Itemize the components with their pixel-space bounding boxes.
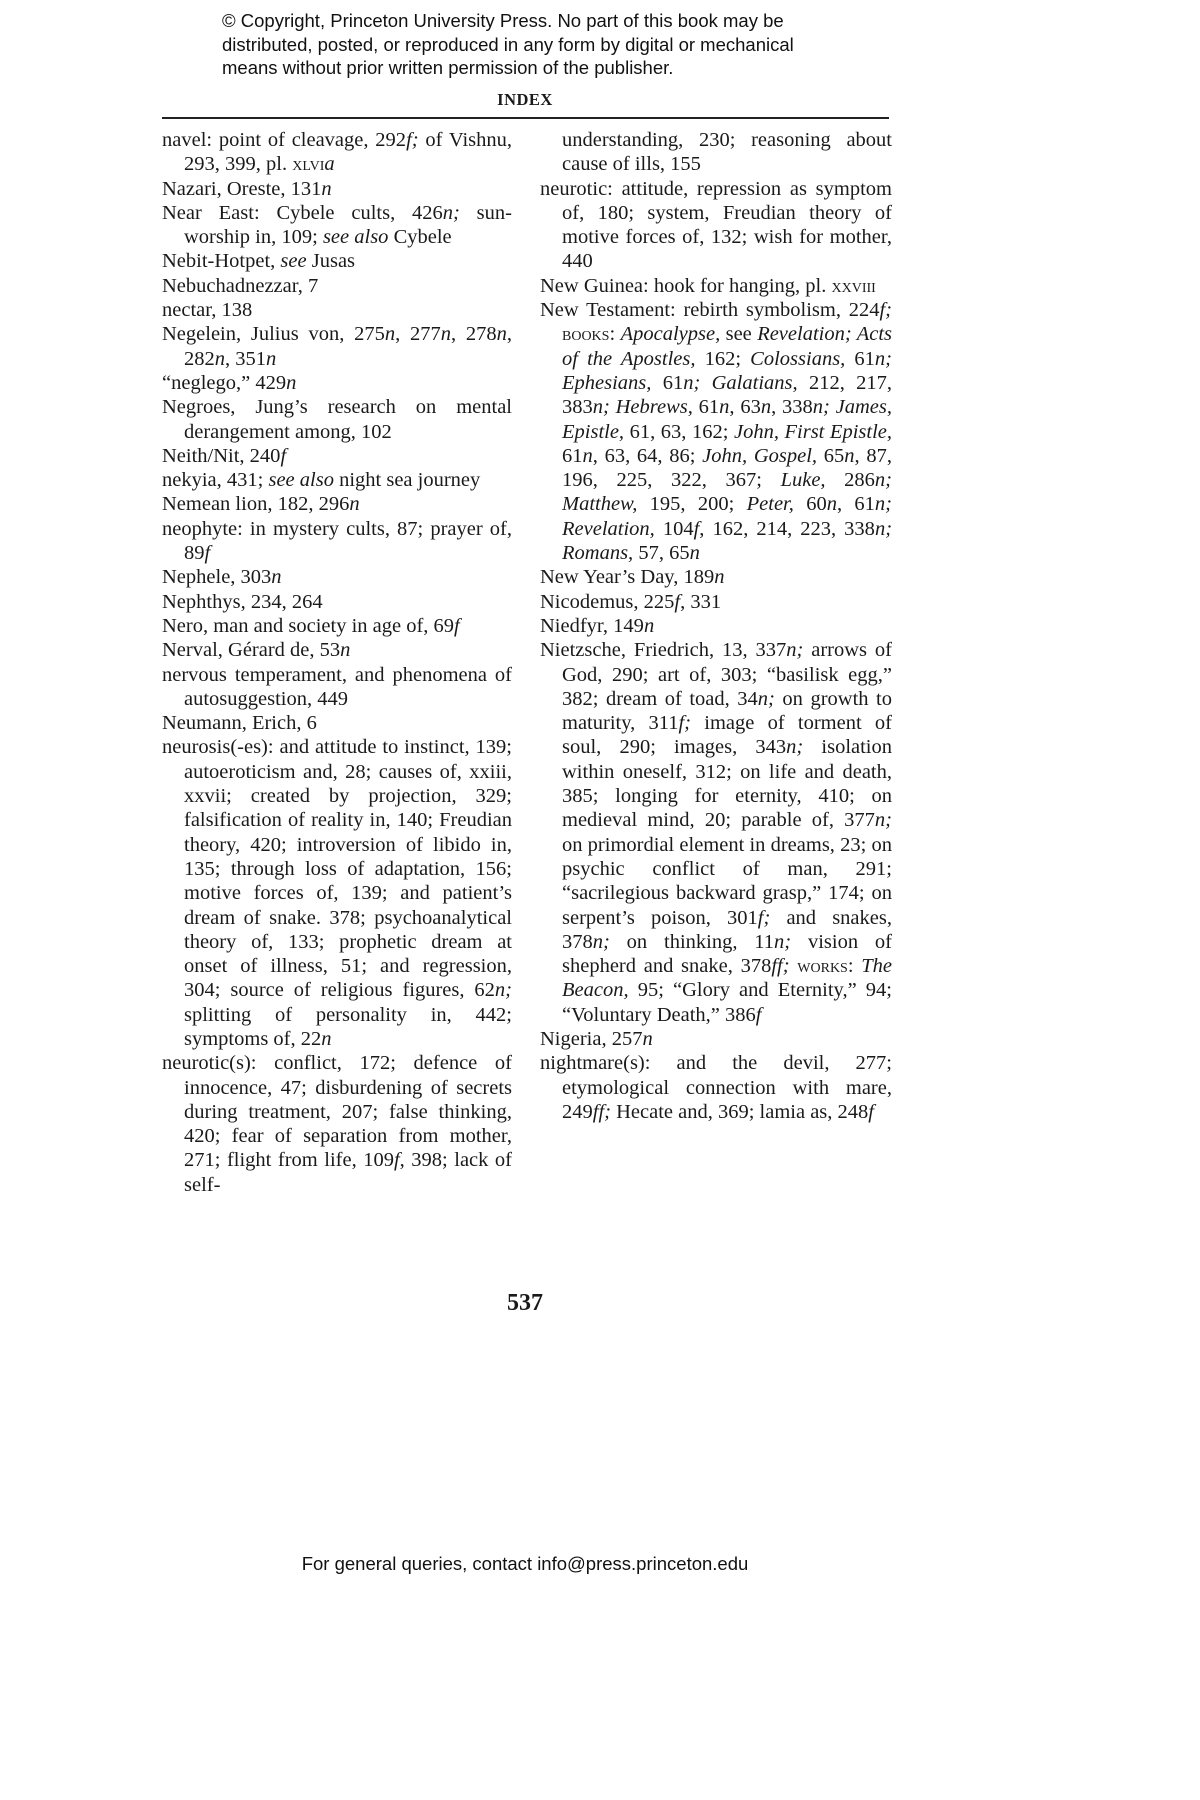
- index-entry: navel: point of cleavage, 292f; of Vishn…: [162, 128, 512, 177]
- index-entry: nightmare(s): and the devil, 277; etymol…: [540, 1051, 892, 1124]
- index-entry: Nero, man and society in age of, 69f: [162, 614, 512, 638]
- index-entry: “neglego,” 429n: [162, 371, 512, 395]
- index-column-right: understanding, 230; reasoning about caus…: [540, 128, 892, 1124]
- index-entry: nekyia, 431; see also night sea journey: [162, 468, 512, 492]
- header-rule: [162, 117, 889, 119]
- index-entry: Nemean lion, 182, 296n: [162, 492, 512, 516]
- index-entry: Nerval, Gérard de, 53n: [162, 638, 512, 662]
- index-entry: understanding, 230; reasoning about caus…: [540, 128, 892, 177]
- copyright-line: © Copyright, Princeton University Press.…: [222, 9, 862, 33]
- index-entry: Nephele, 303n: [162, 565, 512, 589]
- index-entry: Neith/Nit, 240f: [162, 444, 512, 468]
- index-entry: New Guinea: hook for hanging, pl. xxviii: [540, 274, 892, 298]
- index-entry: New Testament: rebirth symbolism, 224f; …: [540, 298, 892, 565]
- index-entry: Nebit-Hotpet, see Jusas: [162, 249, 512, 273]
- index-entry: Nigeria, 257n: [540, 1027, 892, 1051]
- copyright-notice: © Copyright, Princeton University Press.…: [222, 9, 862, 80]
- index-entry: nervous temperament, and phenomena of au…: [162, 663, 512, 712]
- index-entry: Nephthys, 234, 264: [162, 590, 512, 614]
- index-entry: New Year’s Day, 189n: [540, 565, 892, 589]
- index-entry: Negroes, Jung’s research on mental deran…: [162, 395, 512, 444]
- contact-footer: For general queries, contact info@press.…: [0, 1553, 1050, 1575]
- index-entry: Nicodemus, 225f, 331: [540, 590, 892, 614]
- index-entry: nectar, 138: [162, 298, 512, 322]
- index-entry: Nietzsche, Friedrich, 13, 337n; arrows o…: [540, 638, 892, 1027]
- index-entry: Neumann, Erich, 6: [162, 711, 512, 735]
- index-entry: neophyte: in mystery cults, 87; prayer o…: [162, 517, 512, 566]
- copyright-line: distributed, posted, or reproduced in an…: [222, 33, 862, 57]
- index-entry: neurosis(-es): and attitude to instinct,…: [162, 735, 512, 1051]
- index-entry: Niedfyr, 149n: [540, 614, 892, 638]
- index-entry: Nazari, Oreste, 131n: [162, 177, 512, 201]
- index-entry: neurotic(s): conflict, 172; defence of i…: [162, 1051, 512, 1197]
- page-number: 537: [0, 1290, 1050, 1317]
- running-head: INDEX: [162, 90, 888, 110]
- index-column-left: navel: point of cleavage, 292f; of Vishn…: [162, 128, 512, 1197]
- index-entry: neurotic: attitude, repression as sympto…: [540, 177, 892, 274]
- index-entry: Nebuchadnezzar, 7: [162, 274, 512, 298]
- index-entry: Near East: Cybele cults, 426n; sun-worsh…: [162, 201, 512, 250]
- index-entry: Negelein, Julius von, 275n, 277n, 278n, …: [162, 322, 512, 371]
- copyright-line: means without prior written permission o…: [222, 56, 862, 80]
